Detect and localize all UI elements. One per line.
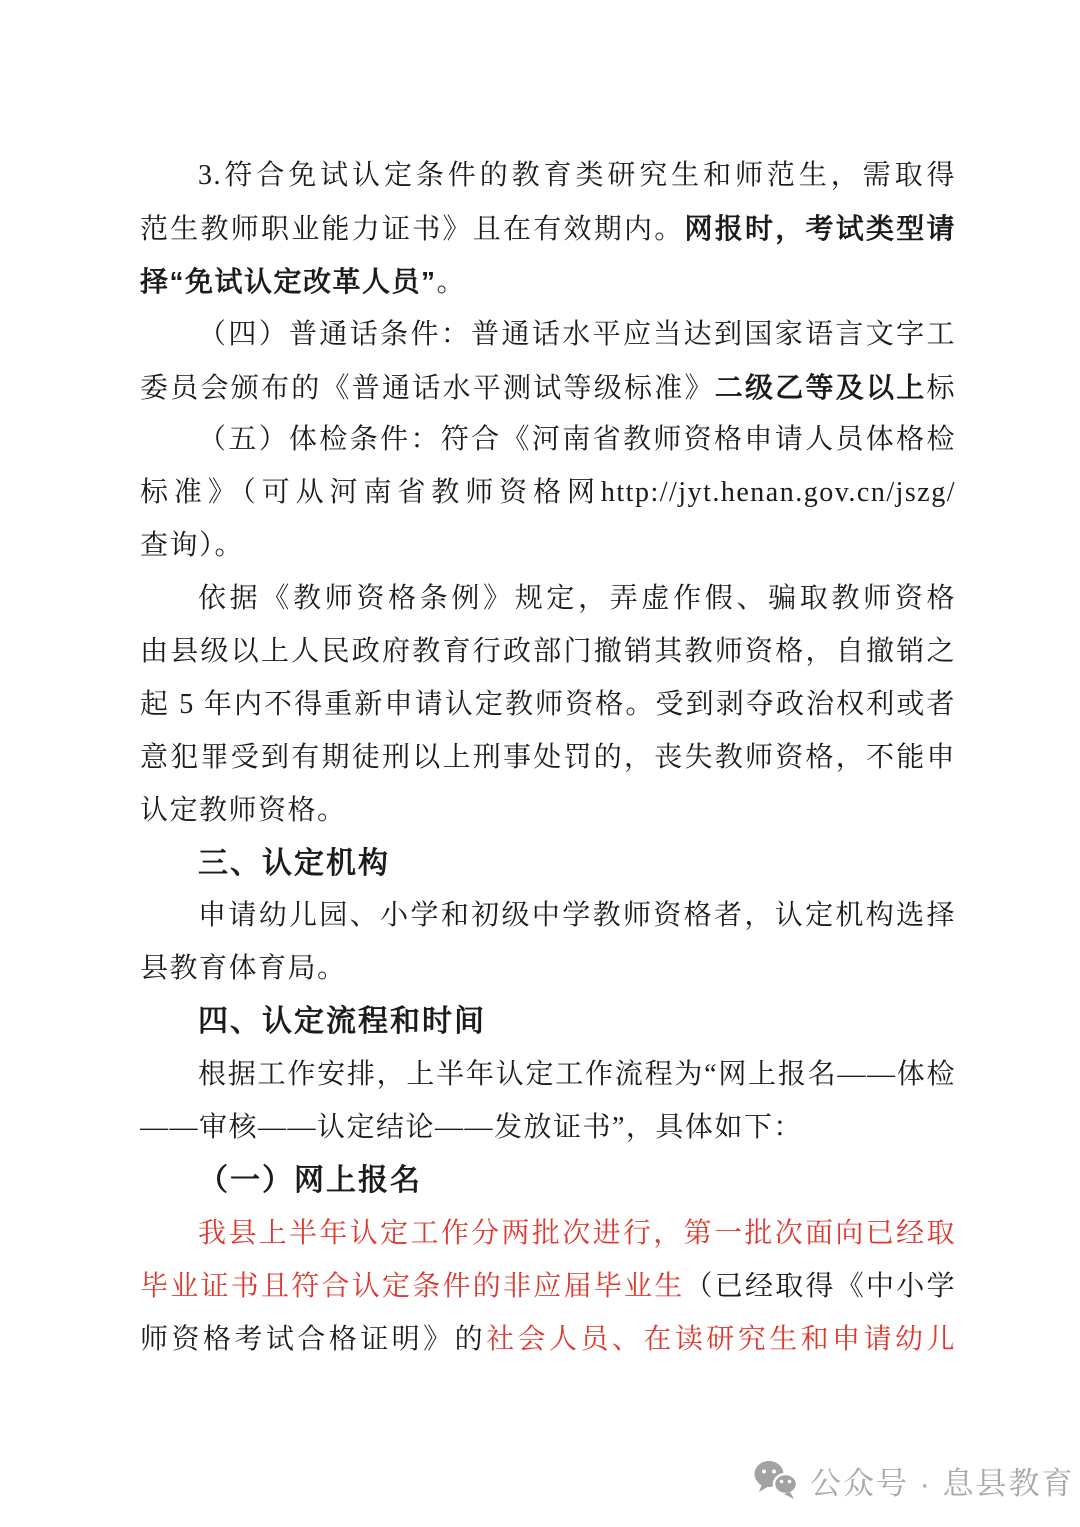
text-line: 依据《教师资格条例》规定，弄虚作假、骗取教师资格的，	[140, 573, 956, 626]
text-segment: 申请幼儿园、小学和初级中学教师资格者，认定机构选择息	[198, 900, 956, 943]
text-line: 四、认定流程和时间	[140, 996, 956, 1049]
text-line: 根据工作安排，上半年认定工作流程为“网上报名——体检	[140, 1049, 956, 1102]
text-segment: （一）网上报名	[198, 1164, 422, 1197]
text-line: 县教育体育局。	[140, 943, 956, 996]
text-segment: 查询）。	[140, 530, 244, 561]
text-line: 认定教师资格。	[140, 785, 956, 838]
text-line: （五）体检条件：符合《河南省教师资格申请人员体格检查	[140, 414, 956, 467]
text-segment: ——审核——认定结论——发放证书”，具体如下：	[140, 1112, 803, 1143]
text-segment: 认定教师资格。	[140, 795, 347, 826]
text-line: 委员会颁布的《普通话水平测试等级标准》二级乙等及以上标准。	[140, 362, 956, 415]
text-segment: （五）体检条件：符合《河南省教师资格申请人员体格检查	[198, 424, 956, 467]
wechat-icon	[752, 1459, 800, 1501]
text-segment: 毕业证书且符合认定条件的非应届毕业生	[140, 1271, 684, 1302]
text-segment: 县教育体育局。	[140, 953, 347, 984]
text-segment: 标准》（可从河南省教师资格网http://jyt.henan.gov.cn/js…	[140, 477, 956, 508]
text-line: ——审核——认定结论——发放证书”，具体如下：	[140, 1102, 956, 1155]
text-segment: 我县上半年认定工作分两批次进行，第一批次面向已经取得	[198, 1218, 956, 1261]
text-segment: 意犯罪受到有期徒刑以上刑事处罚的，丧失教师资格，不能申请	[140, 742, 956, 785]
text-segment: 。	[437, 267, 467, 298]
text-line: 毕业证书且符合认定条件的非应届毕业生（已经取得《中小学教	[140, 1261, 956, 1314]
text-line: 查询）。	[140, 520, 956, 573]
text-line: 申请幼儿园、小学和初级中学教师资格者，认定机构选择息	[140, 890, 956, 943]
text-segment: 3.符合免试认定条件的教育类研究生和师范生，需取得《师	[198, 160, 956, 203]
text-segment: （四）普通话条件：普通话水平应当达到国家语言文字工作	[198, 319, 956, 362]
text-line: （一）网上报名	[140, 1155, 956, 1208]
text-segment: 二级乙等及以上	[715, 372, 927, 403]
text-segment: 师资格考试合格证明》的	[140, 1324, 486, 1355]
text-line: 起 5 年内不得重新申请认定教师资格。受到剥夺政治权利或者故	[140, 679, 956, 732]
text-segment: 由县级以上人民政府教育行政部门撤销其教师资格，自撤销之日	[140, 636, 956, 679]
text-line: （四）普通话条件：普通话水平应当达到国家语言文字工作	[140, 309, 956, 362]
text-line: 范生教师职业能力证书》且在有效期内。网报时，考试类型请选	[140, 203, 956, 256]
text-segment: 依据《教师资格条例》规定，弄虚作假、骗取教师资格的，	[198, 583, 956, 626]
text-line: 择“免试认定改革人员”。	[140, 256, 956, 309]
text-segment: 四、认定流程和时间	[198, 1005, 486, 1038]
text-line: 三、认定机构	[140, 838, 956, 891]
text-segment: 根据工作安排，上半年认定工作流程为“网上报名——体检	[198, 1059, 956, 1090]
text-segment: 三、认定机构	[198, 847, 390, 880]
document-body: 3.符合免试认定条件的教育类研究生和师范生，需取得《师范生教师职业能力证书》且在…	[140, 150, 956, 1366]
text-segment: 委员会颁布的《普通话水平测试等级标准》	[140, 373, 715, 404]
text-line: 由县级以上人民政府教育行政部门撤销其教师资格，自撤销之日	[140, 626, 956, 679]
text-segment: 择“免试认定改革人员”	[140, 266, 437, 297]
text-line: 标准》（可从河南省教师资格网http://jyt.henan.gov.cn/js…	[140, 467, 956, 520]
text-line: 我县上半年认定工作分两批次进行，第一批次面向已经取得	[140, 1208, 956, 1261]
text-line: 意犯罪受到有期徒刑以上刑事处罚的，丧失教师资格，不能申请	[140, 732, 956, 785]
text-line: 师资格考试合格证明》的社会人员、在读研究生和申请幼儿园、	[140, 1314, 956, 1367]
text-line: 3.符合免试认定条件的教育类研究生和师范生，需取得《师	[140, 150, 956, 203]
text-segment: 起 5 年内不得重新申请认定教师资格。受到剥夺政治权利或者故	[140, 689, 956, 732]
text-segment: 范生教师职业能力证书》且在有效期内。	[140, 214, 684, 245]
watermark-label: 公众号 · 息县教育	[810, 1458, 1075, 1503]
watermark: 公众号 · 息县教育	[752, 1452, 1075, 1508]
